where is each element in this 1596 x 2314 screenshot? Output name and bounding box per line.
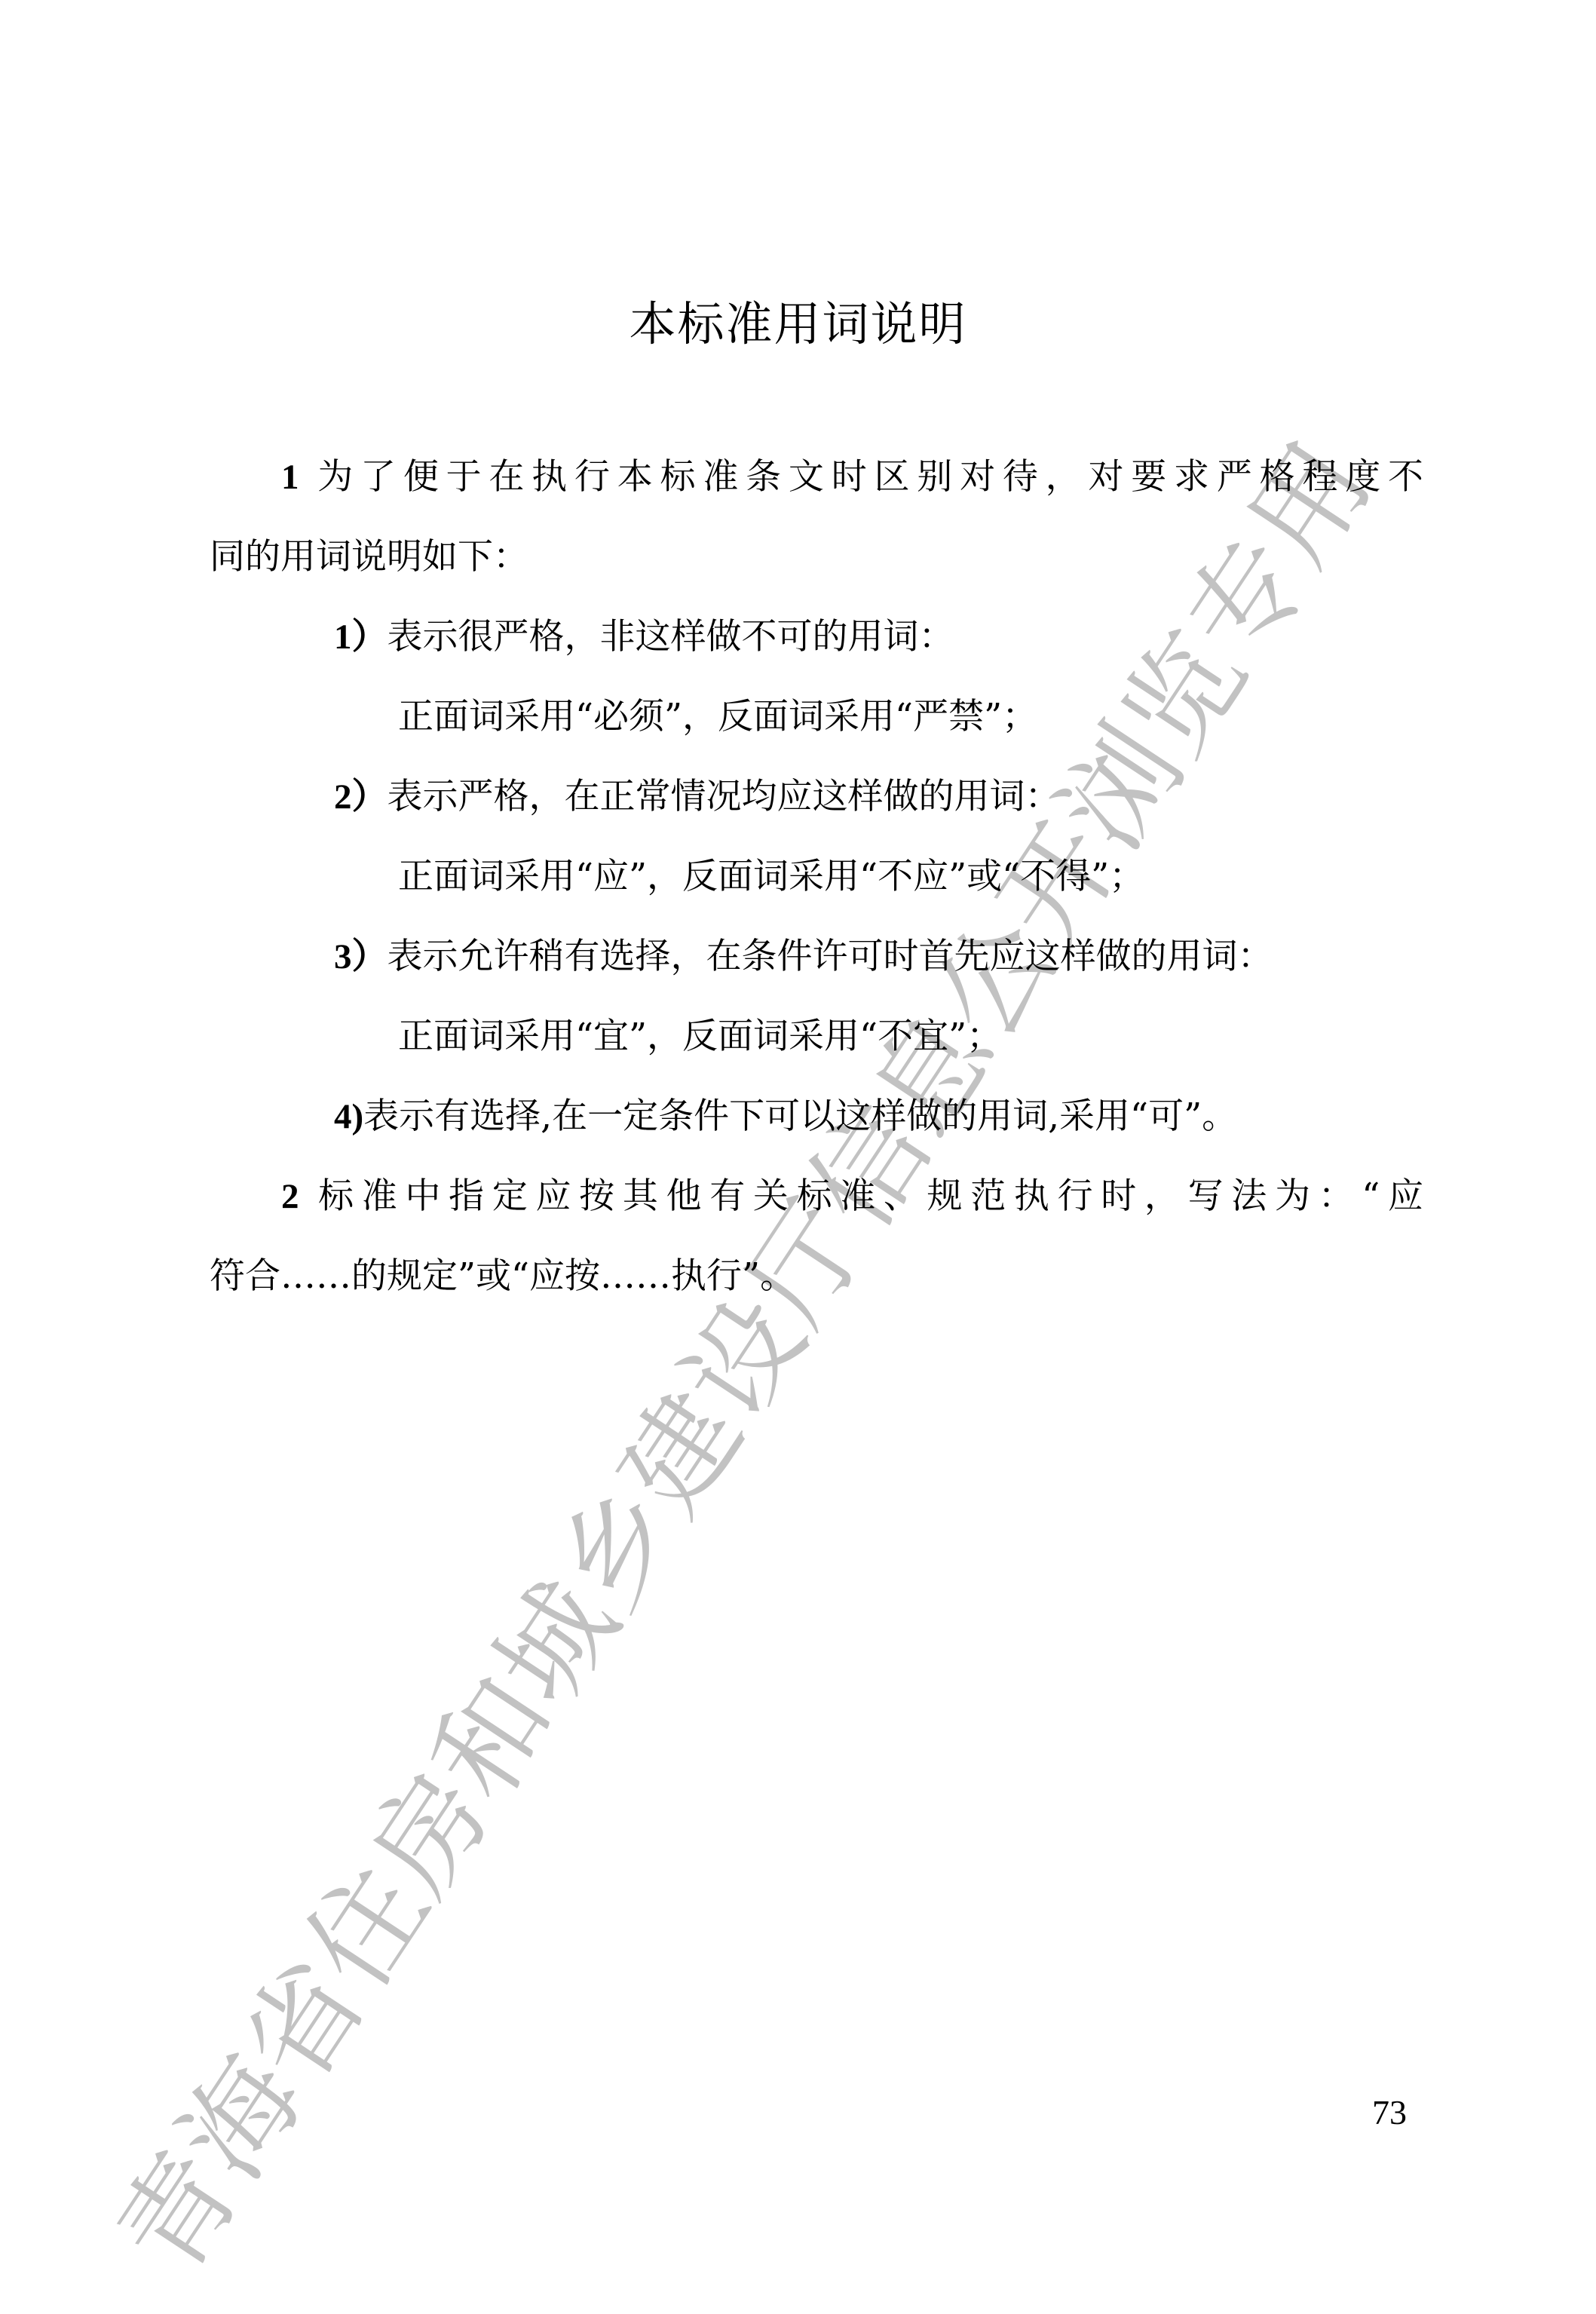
clause-number: 1 <box>281 458 299 497</box>
item-2: 2）表示严格，在正常情况均应这样做的用词： 正面词采用“应”，反面词采用“不应”… <box>210 757 1423 917</box>
item-text: 表示很严格，非这样做不可的用词： <box>388 616 954 657</box>
clause-1-line-1: 1 为了便于在执行本标准条文时区别对待，对要求严格程度不 <box>210 437 1423 517</box>
item-1: 1）表示很严格，非这样做不可的用词： 正面词采用“必须”，反面词采用“严禁”； <box>210 597 1423 757</box>
item-number: 4) <box>334 1097 363 1136</box>
clause-text: 标准中指定应按其他有关标准、规范执行时，写法为：“应 <box>318 1175 1423 1217</box>
item-1-sub: 正面词采用“必须”，反面词采用“严禁”； <box>210 677 1423 757</box>
item-3-sub: 正面词采用“宜”，反面词采用“不宜”； <box>210 997 1423 1077</box>
item-number: 2） <box>334 777 388 817</box>
clause-number: 2 <box>281 1177 299 1216</box>
item-4-line: 4)表示有选择,在一定条件下可以这样做的用词,采用“可”。 <box>210 1077 1423 1157</box>
item-2-line: 2）表示严格，在正常情况均应这样做的用词： <box>210 757 1423 837</box>
item-3-line: 3）表示允许稍有选择，在条件许可时首先应这样做的用词： <box>210 917 1423 997</box>
clause-text: 为了便于在执行本标准条文时区别对待，对要求严格程度不 <box>317 456 1423 498</box>
document-page: 青海省住房和城乡建设厅信息公开浏览专用 本标准用词说明 1 为了便于在执行本标准… <box>0 0 1596 2314</box>
item-number: 1） <box>334 618 388 657</box>
item-2-sub: 正面词采用“应”，反面词采用“不应”或“不得”； <box>210 837 1423 917</box>
item-text: 表示允许稍有选择，在条件许可时首先应这样做的用词： <box>388 936 1273 977</box>
page-number: 73 <box>1372 2092 1407 2132</box>
item-4: 4)表示有选择,在一定条件下可以这样做的用词,采用“可”。 <box>210 1077 1423 1157</box>
clause-2: 2 标准中指定应按其他有关标准、规范执行时，写法为：“应 符合……的规定”或“应… <box>210 1157 1423 1316</box>
item-number: 3） <box>334 937 388 976</box>
clause-1-line-2: 同的用词说明如下： <box>210 517 1423 597</box>
item-3: 3）表示允许稍有选择，在条件许可时首先应这样做的用词： 正面词采用“宜”，反面词… <box>210 917 1423 1077</box>
clause-1: 1 为了便于在执行本标准条文时区别对待，对要求严格程度不 同的用词说明如下： <box>210 437 1423 597</box>
clause-2-line-2: 符合……的规定”或“应按……执行”。 <box>210 1237 1423 1316</box>
item-text: 表示有选择,在一定条件下可以这样做的用词,采用“可”。 <box>363 1096 1237 1137</box>
clause-2-line-1: 2 标准中指定应按其他有关标准、规范执行时，写法为：“应 <box>210 1157 1423 1237</box>
body-text: 1 为了便于在执行本标准条文时区别对待，对要求严格程度不 同的用词说明如下： 1… <box>210 437 1423 1316</box>
item-1-line: 1）表示很严格，非这样做不可的用词： <box>210 597 1423 677</box>
page-title: 本标准用词说明 <box>0 290 1596 358</box>
item-text: 表示严格，在正常情况均应这样做的用词： <box>388 776 1061 817</box>
